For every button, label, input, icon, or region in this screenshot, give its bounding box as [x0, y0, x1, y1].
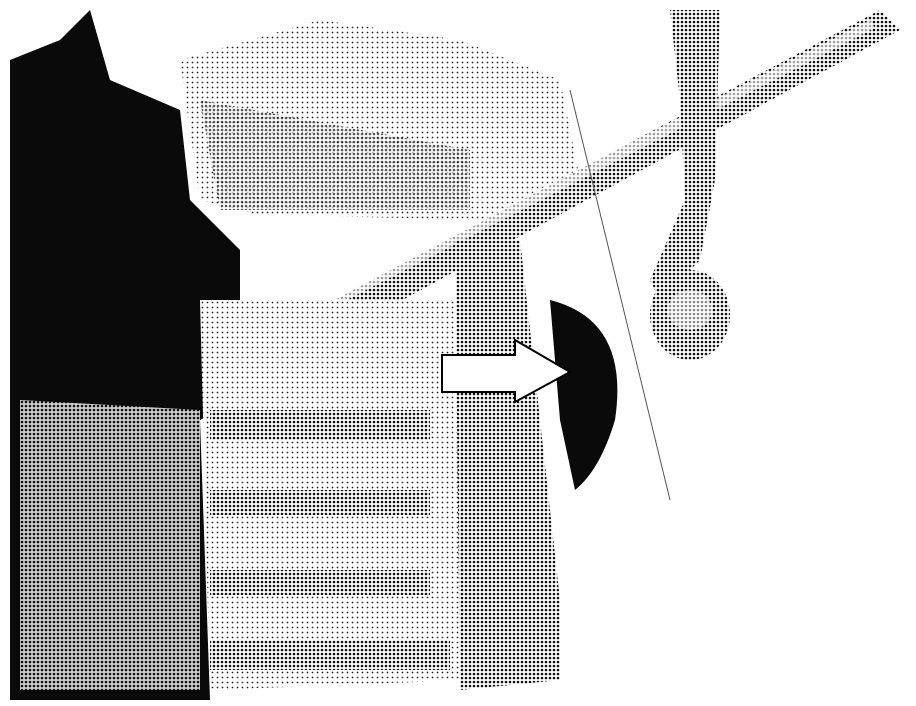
engine-photo [0, 0, 916, 706]
